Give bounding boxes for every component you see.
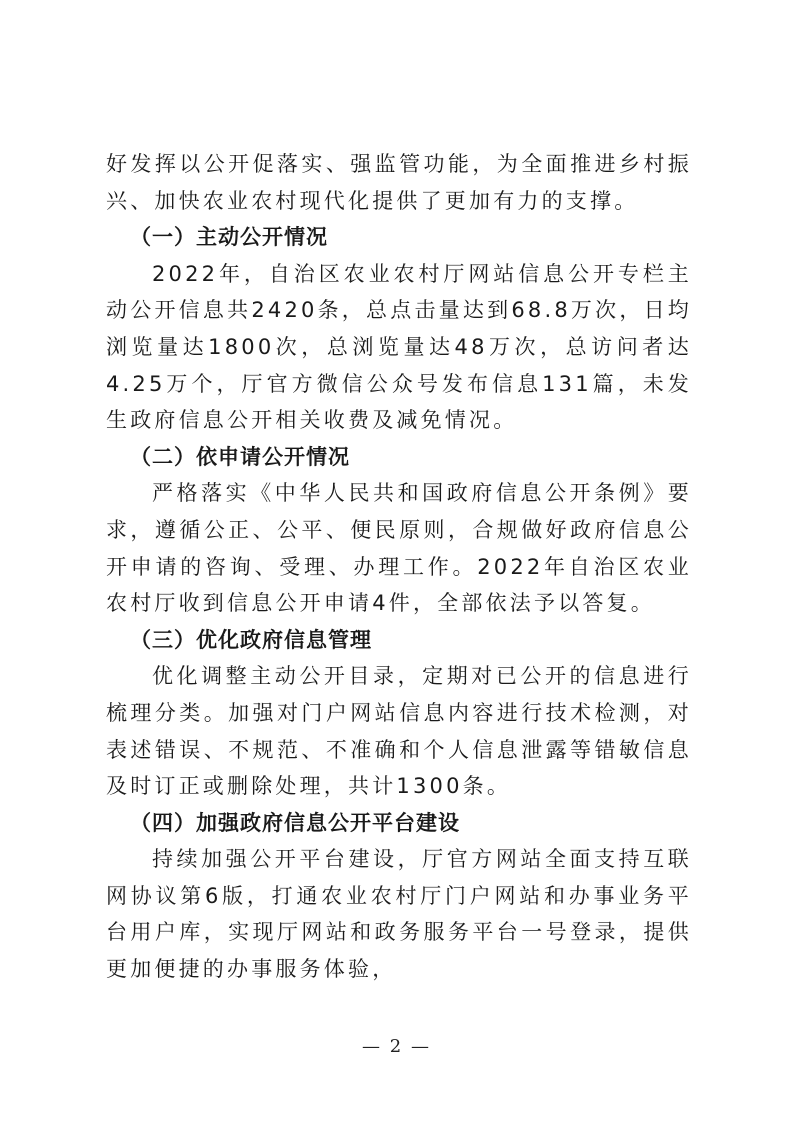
section-body-proactive-disclosure: 2022年，自治区农业农村厅网站信息公开专栏主动公开信息共2420条，总点击量达…	[106, 256, 692, 439]
section-heading-proactive-disclosure: （一）主动公开情况	[106, 219, 692, 256]
section-heading-request-disclosure: （二）依申请公开情况	[106, 439, 692, 476]
section-heading-platform-construction: （四）加强政府信息公开平台建设	[106, 805, 692, 842]
section-heading-info-management: （三）优化政府信息管理	[106, 622, 692, 659]
page-number: — 2 —	[0, 1036, 793, 1057]
document-page: 好发挥以公开促落实、强监管功能，为全面推进乡村振兴、加快农业农村现代化提供了更加…	[106, 146, 692, 988]
section-body-request-disclosure: 严格落实《中华人民共和国政府信息公开条例》要求，遵循公正、公平、便民原则，合规做…	[106, 475, 692, 621]
section-body-info-management: 优化调整主动公开目录，定期对已公开的信息进行梳理分类。加强对门户网站信息内容进行…	[106, 658, 692, 804]
continuation-paragraph: 好发挥以公开促落实、强监管功能，为全面推进乡村振兴、加快农业农村现代化提供了更加…	[106, 146, 692, 219]
section-body-platform-construction: 持续加强公开平台建设，厅官方网站全面支持互联网协议第6版，打通农业农村厅门户网站…	[106, 841, 692, 987]
